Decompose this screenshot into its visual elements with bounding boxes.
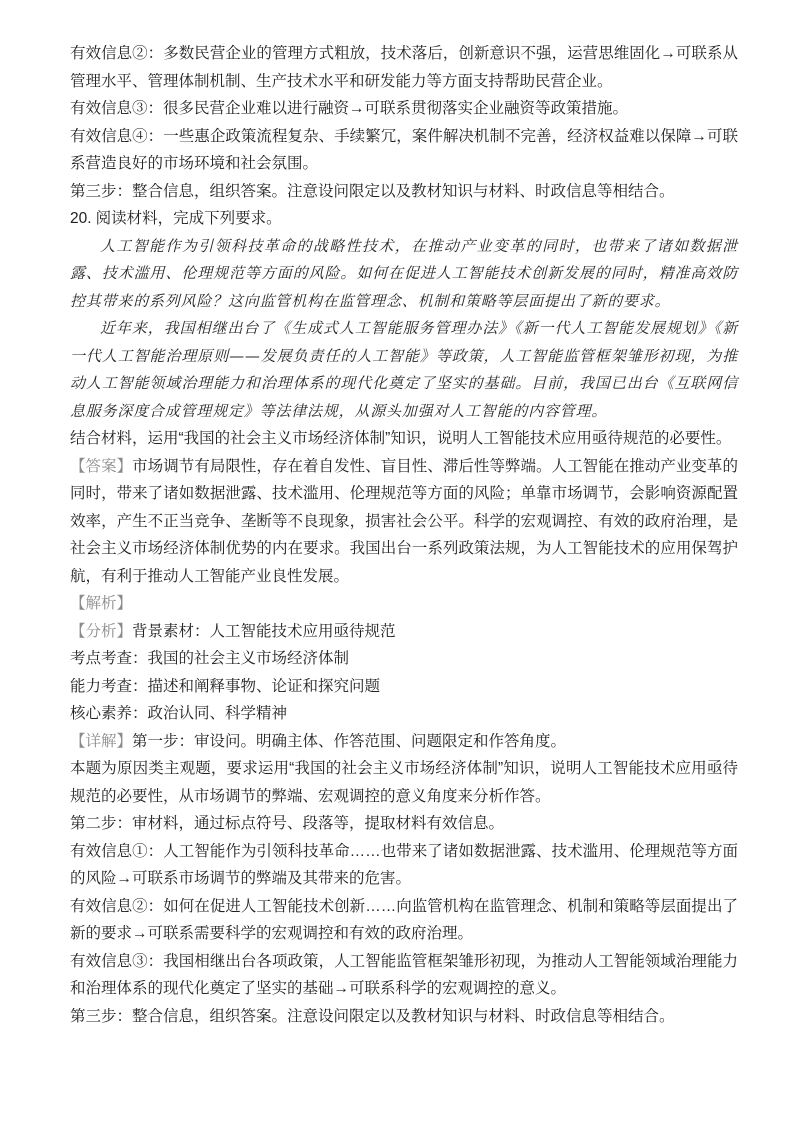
jiexi-line: 【解析】 (70, 590, 738, 618)
background-material-text: 背景素材：人工智能技术应用亟待规范 (132, 623, 396, 640)
question-task: 结合材料，运用“我国的社会主义市场经济体制”知识，说明人工智能技术应用亟待规范的… (70, 425, 738, 453)
analysis-info1-paragraph: 有效信息①：人工智能作为引领科技革命……也带来了诸如数据泄露、技术滥用、伦理规范… (70, 838, 738, 893)
answer-text: 市场调节有局限性，存在着自发性、盲目性、滞后性等弊端。人工智能在推动产业变革的同… (70, 458, 738, 585)
analysis-info2-paragraph: 有效信息②：如何在促进人工智能技术创新……向监管机构在监管理念、机制和策略等层面… (70, 893, 738, 948)
question-20: 20.阅读材料，完成下列要求。 人工智能作为引领科技革命的战略性技术，在推动产业… (70, 205, 738, 453)
xiangjie-tag: 【详解】 (70, 733, 132, 750)
core-literacy-line: 核心素养：政治认同、科学精神 (70, 700, 738, 728)
question-material-paragraph-2: 近年来，我国相继出台了《生成式人工智能服务管理办法》《新一代人工智能发展规划》《… (70, 315, 738, 425)
answer-paragraph: 【答案】市场调节有局限性，存在着自发性、盲目性、滞后性等弊端。人工智能在推动产业… (70, 453, 738, 591)
question-material-paragraph-1: 人工智能作为引领科技革命的战略性技术，在推动产业变革的同时，也带来了诸如数据泄露… (70, 233, 738, 316)
previous-question-analysis: 有效信息②：多数民营企业的管理方式粗放，技术落后，创新意识不强，运营思维固化→可… (70, 40, 738, 205)
analysis-info3-paragraph: 有效信息③：我国相继出台各项政策，人工智能监管框架雏形初现，为推动人工智能领域治… (70, 948, 738, 1003)
analysis-section: 【解析】 【分析】背景素材：人工智能技术应用亟待规范 考点考查：我国的社会主义市… (70, 590, 738, 1030)
document-page: 有效信息②：多数民营企业的管理方式粗放，技术落后，创新意识不强，运营思维固化→可… (0, 0, 800, 1132)
answer-section: 【答案】市场调节有局限性，存在着自发性、盲目性、滞后性等弊端。人工智能在推动产业… (70, 453, 738, 591)
answer-tag: 【答案】 (70, 458, 132, 475)
prev-info2-paragraph: 有效信息②：多数民营企业的管理方式粗放，技术落后，创新意识不强，运营思维固化→可… (70, 40, 738, 95)
prev-info4-paragraph: 有效信息④：一些惠企政策流程复杂、手续繁冗，案件解决机制不完善，经济权益难以保障… (70, 123, 738, 178)
question-stem-line: 20.阅读材料，完成下列要求。 (70, 205, 738, 233)
fenxi-line: 【分析】背景素材：人工智能技术应用亟待规范 (70, 618, 738, 646)
analysis-step3-line: 第三步：整合信息，组织答案。注意设问限定以及教材知识与材料、时政信息等相结合。 (70, 1003, 738, 1031)
ability-line: 能力考查：描述和阐释事物、论证和探究问题 (70, 673, 738, 701)
question-number: 20. (70, 210, 92, 227)
question-stem: 阅读材料，完成下列要求。 (96, 210, 282, 227)
step1-detail-paragraph: 本题为原因类主观题，要求运用“我国的社会主义市场经济体制”知识，说明人工智能技术… (70, 755, 738, 810)
exam-point-line: 考点考查：我国的社会主义市场经济体制 (70, 645, 738, 673)
prev-info3-paragraph: 有效信息③：很多民营企业难以进行融资→可联系贯彻落实企业融资等政策措施。 (70, 95, 738, 123)
xiangjie-step1-line: 【详解】第一步：审设问。明确主体、作答范围、问题限定和作答角度。 (70, 728, 738, 756)
step1-text: 第一步：审设问。明确主体、作答范围、问题限定和作答角度。 (132, 733, 566, 750)
prev-step3-paragraph: 第三步：整合信息，组织答案。注意设问限定以及教材知识与材料、时政信息等相结合。 (70, 178, 738, 206)
fenxi-tag: 【分析】 (70, 623, 132, 640)
step2-line: 第二步：审材料，通过标点符号、段落等，提取材料有效信息。 (70, 810, 738, 838)
jiexi-tag: 【解析】 (70, 595, 132, 612)
